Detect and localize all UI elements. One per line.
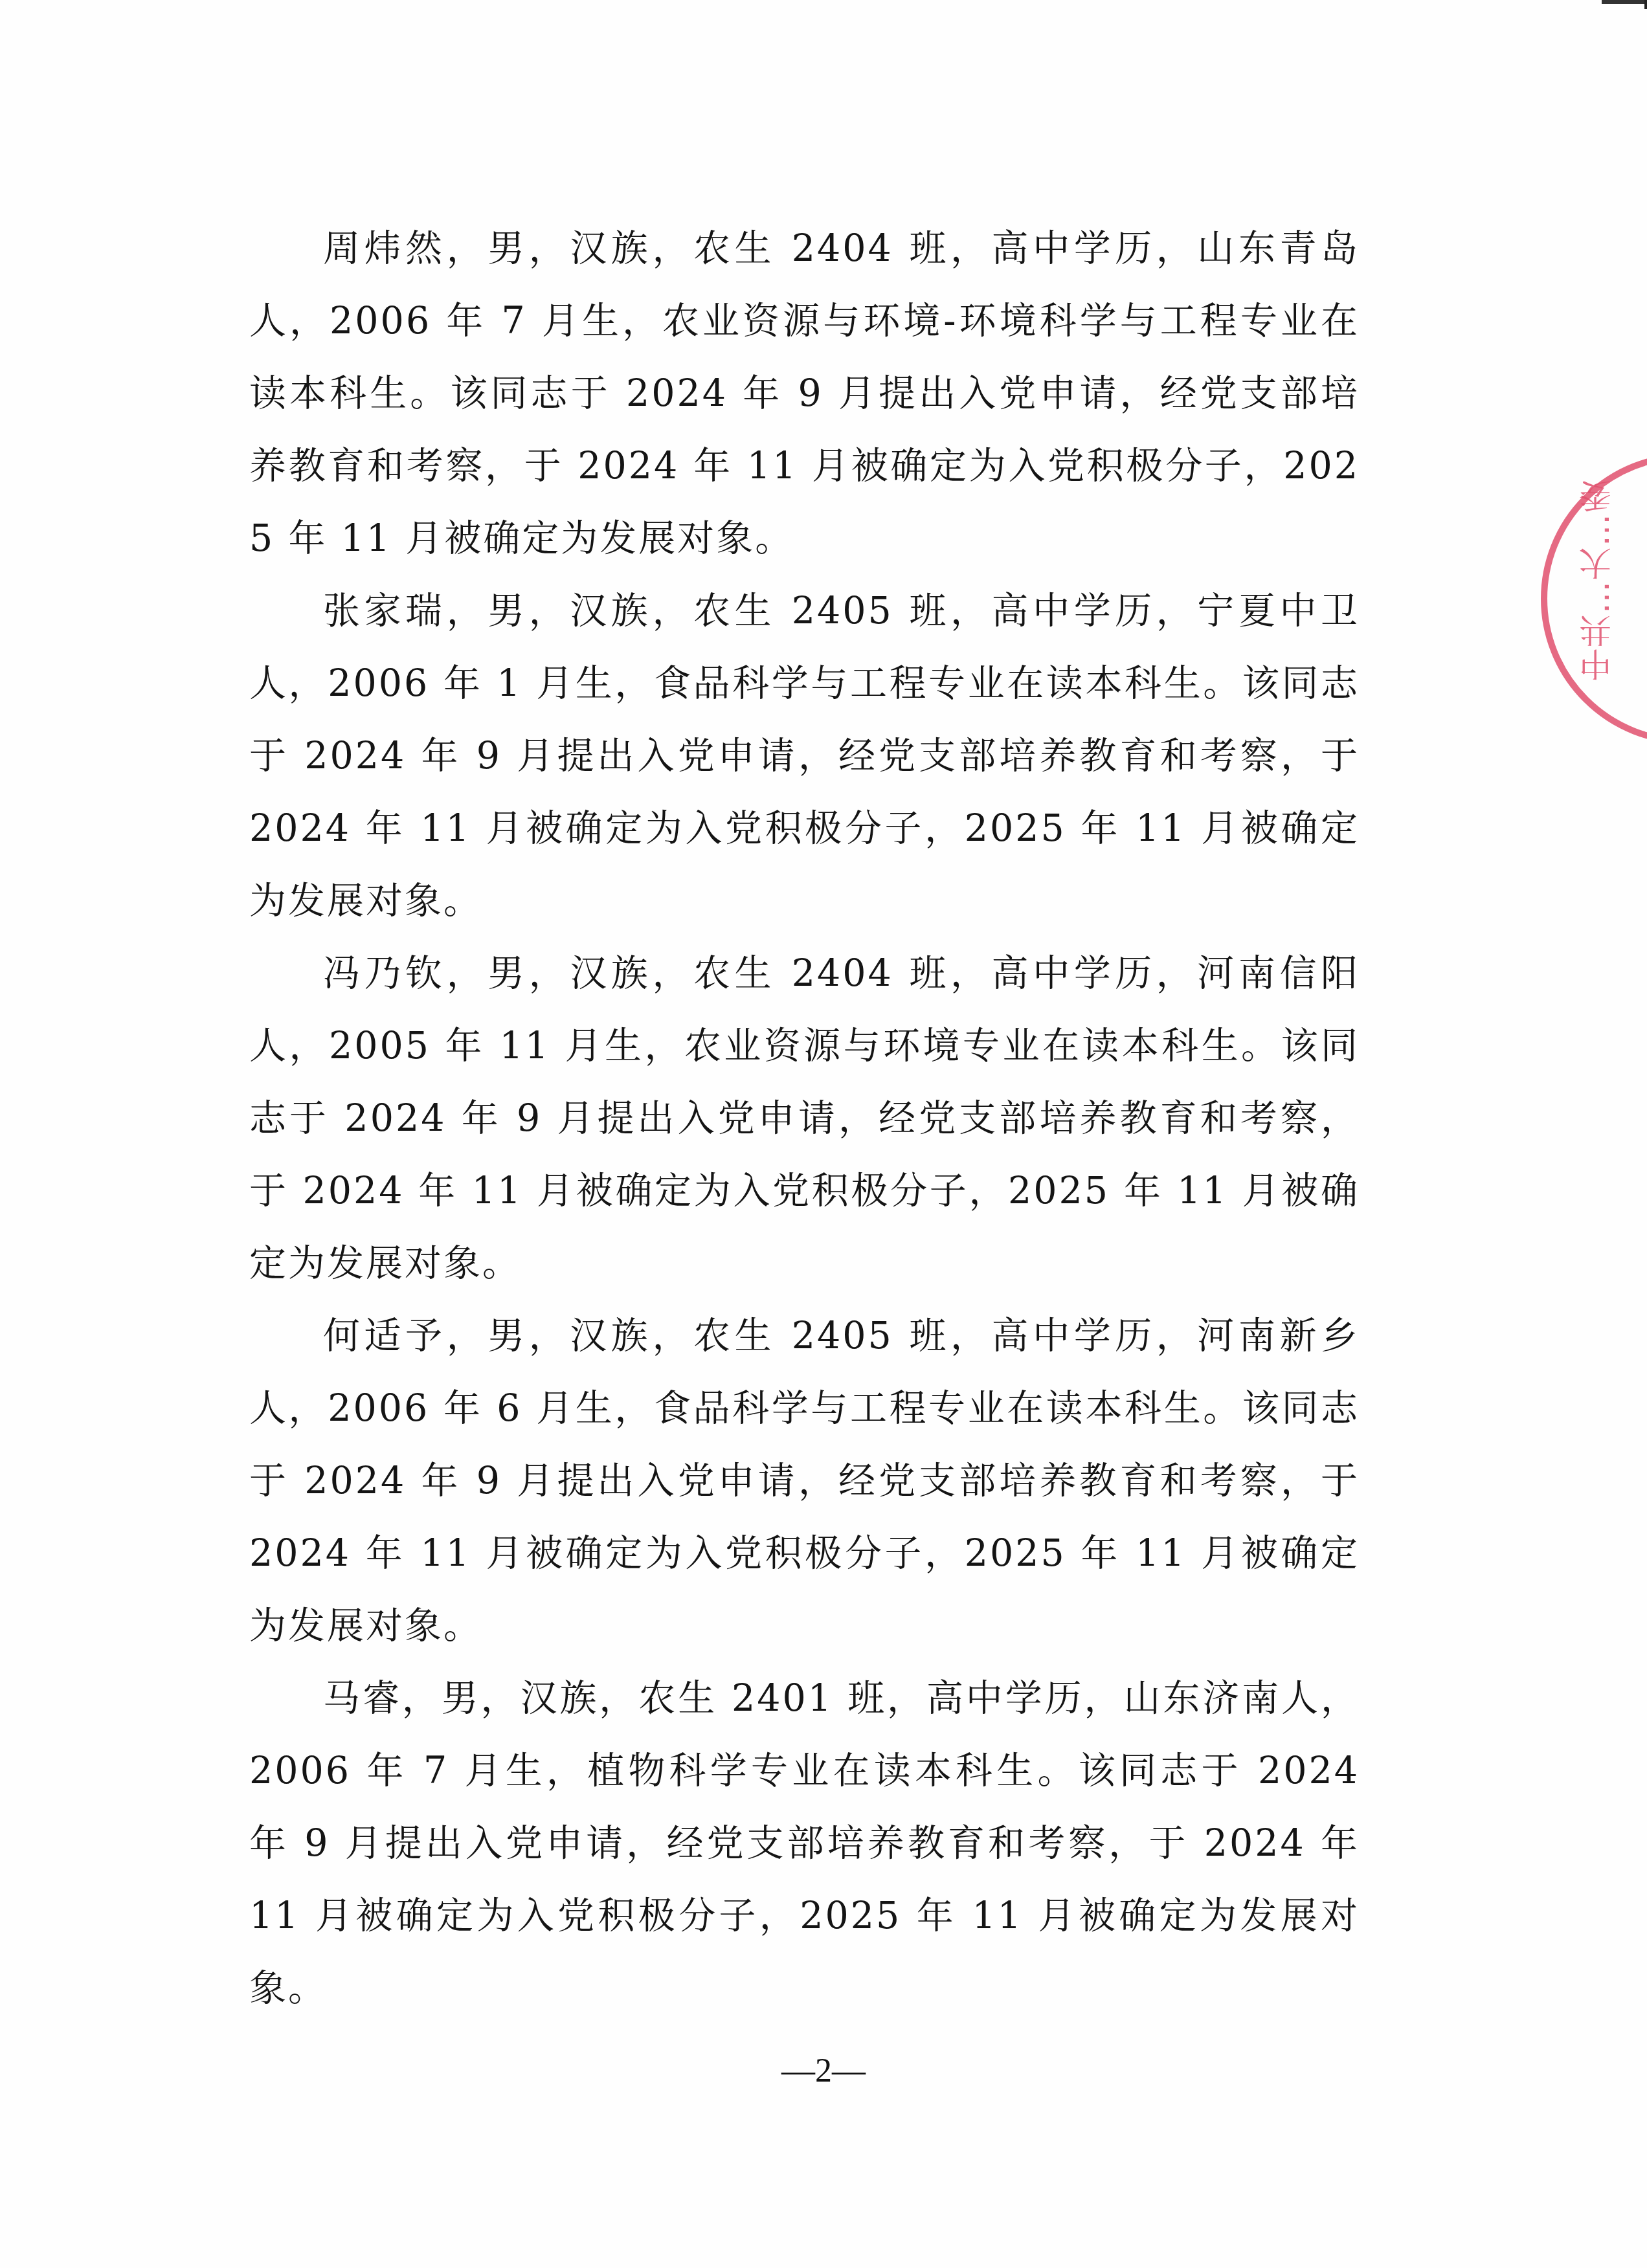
document-page: 周炜然，男，汉族，农生 2404 班，高中学历，山东青岛人，2006 年 7 月… <box>0 0 1647 2268</box>
paragraph-candidate-2: 张家瑞，男，汉族，农生 2405 班，高中学历，宁夏中卫人，2006 年 1 月… <box>249 575 1360 937</box>
document-body: 周炜然，男，汉族，农生 2404 班，高中学历，山东青岛人，2006 年 7 月… <box>249 212 1360 2025</box>
paragraph-candidate-3: 冯乃钦，男，汉族，农生 2404 班，高中学历，河南信阳人，2005 年 11 … <box>249 937 1360 1300</box>
paragraph-candidate-5: 马睿，男，汉族，农生 2401 班，高中学历，山东济南人，2006 年 7 月生… <box>249 1662 1360 2025</box>
paragraph-candidate-1: 周炜然，男，汉族，农生 2404 班，高中学历，山东青岛人，2006 年 7 月… <box>249 212 1360 575</box>
straddle-seal-stamp: 中共…大…委 <box>1541 453 1647 744</box>
scan-corner-mark <box>1602 0 1647 4</box>
paragraph-candidate-4: 何适予，男，汉族，农生 2405 班，高中学历，河南新乡人，2006 年 6 月… <box>249 1300 1360 1662</box>
seal-text: 中共…大…委 <box>1578 479 1617 681</box>
page-number: —2— <box>0 2052 1647 2090</box>
